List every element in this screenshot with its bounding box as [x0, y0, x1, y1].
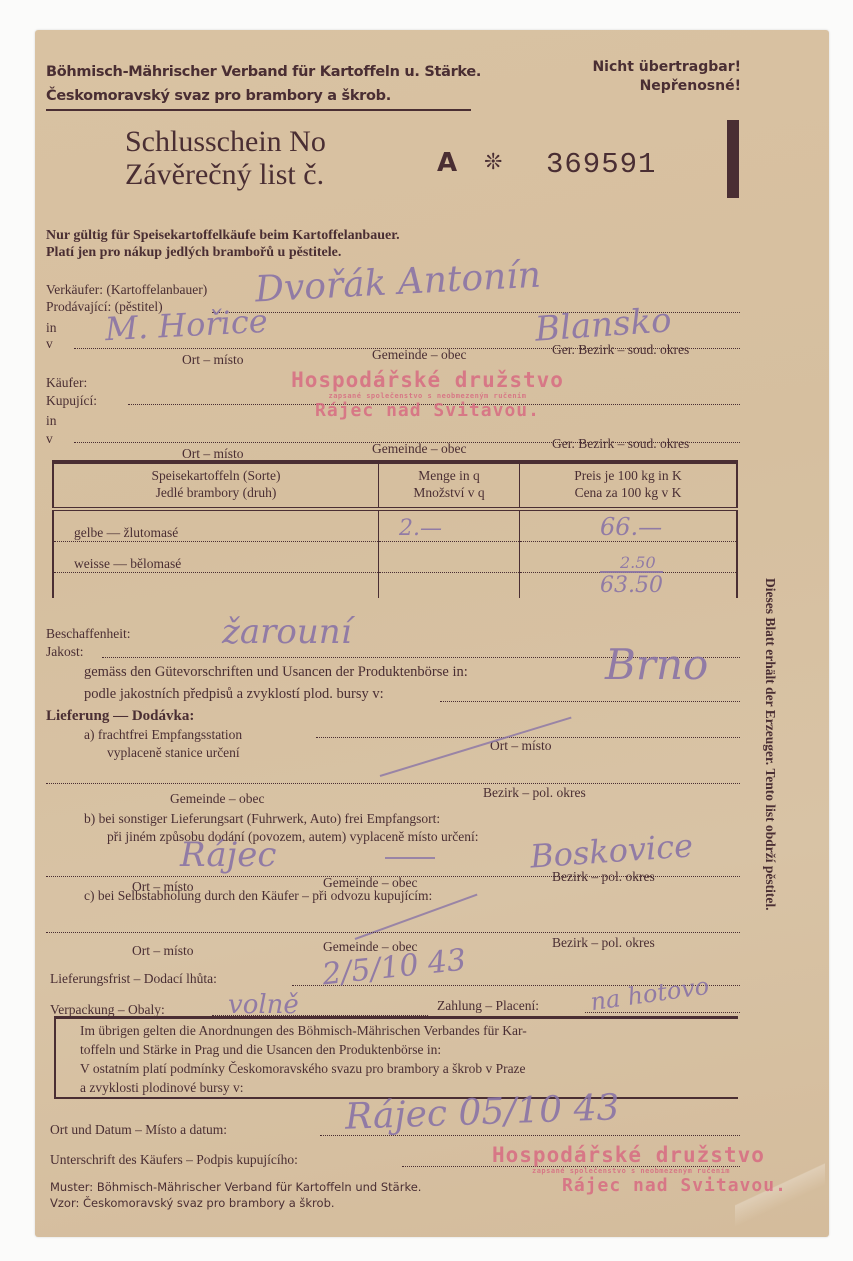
payment-label: Zahlung – Placení:	[437, 998, 539, 1014]
series-letter: A	[437, 148, 457, 178]
buyer-signature-label: Unterschrift des Käufers – Podpis kupují…	[50, 1152, 298, 1168]
variety-cell	[53, 572, 379, 598]
buyer-label-de: Käufer:	[46, 375, 87, 391]
stamp-line-2: zapsané společenstvo s neobmezeným ručen…	[492, 1167, 837, 1175]
conditions-box: Im übrigen gelten die Anordnungen des Bö…	[54, 1016, 738, 1099]
exchange-cs: podle jakostních předpisů a zvyklostí pl…	[84, 686, 384, 703]
goods-table: Speisekartoffeln (Sorte)Jedlé brambory (…	[52, 460, 738, 598]
not-transferable-cs: Nepřenosné!	[640, 78, 741, 94]
buyer-label-cs: Kupující:	[46, 393, 97, 409]
seller-cooperative-stamp: Hospodářské družstvo zapsané společenstv…	[492, 1143, 837, 1196]
delivery-a-caption-district: Bezirk – pol. okres	[483, 785, 586, 801]
delivery-c-caption-place: Ort – místo	[132, 943, 194, 959]
validity-de: Nur gültig für Speisekartoffelkäufe beim…	[46, 228, 400, 244]
side-note-de: Dieses Blatt erhält der Erzeuger.	[763, 578, 778, 765]
seller-label-de: Verkäufer: (Kartoffelanbauer)	[46, 282, 207, 298]
title-cs: Závěrečný list č.	[125, 158, 324, 192]
price-cell: 2.50	[520, 541, 738, 572]
delivery-c-text: c) bei Selbstabholung durch den Käufer –…	[84, 888, 432, 904]
conditions-line-3: V ostatním platí podmínky Českomoravskéh…	[56, 1059, 738, 1078]
col-quantity: Menge in qMnožství v q	[379, 462, 520, 509]
quality-handwritten: žarouní	[222, 612, 352, 652]
buyer-in-de: in	[46, 413, 57, 429]
exchange-line	[440, 701, 740, 702]
table-row: 63.50	[53, 572, 737, 598]
caption-municipality: Gemeinde – obec	[372, 347, 466, 363]
exchange-city-handwritten: Brno	[605, 640, 708, 689]
price-cell: 66.—	[520, 509, 738, 542]
conditions-line-2: toffeln und Stärke in Prag und die Usanc…	[56, 1040, 738, 1059]
caption-place: Ort – místo	[182, 352, 244, 368]
not-transferable-de: Nicht übertragbar!	[592, 59, 741, 75]
deadline-label: Lieferungsfrist – Dodací lhůta:	[50, 971, 217, 987]
delivery-b-de: b) bei sonstiger Lieferungsart (Fuhrwerk…	[84, 811, 440, 827]
delivery-heading: Lieferung — Dodávka:	[46, 708, 194, 725]
model-de: Muster: Böhmisch-Mährischer Verband für …	[50, 1180, 421, 1194]
delivery-b-cs: při jiném způsobu dodání (povozem, autem…	[107, 829, 479, 845]
delivery-c-line	[46, 932, 740, 933]
delivery-b-place-handwritten: Rájec	[180, 835, 276, 875]
side-note-cs: Tento list obdrží pěstitel.	[763, 768, 778, 910]
delivery-a-cs: vyplaceně stanice určení	[107, 745, 240, 761]
table-row: weisse — bělomasé 2.50	[53, 541, 737, 572]
stamp-line-3: Rájec nad Svitavou.	[492, 1175, 837, 1196]
validity-cs: Platí jen pro nákup jedlých brambořů u p…	[46, 245, 341, 261]
delivery-b-caption-district: Bezirk – pol. okres	[552, 869, 655, 885]
col-price: Preis je 100 kg in KCena za 100 kg v K	[520, 462, 738, 509]
quality-label-cs: Jakost:	[46, 644, 84, 660]
conditions-line-1: Im übrigen gelten die Anordnungen des Bö…	[56, 1021, 738, 1040]
title-de: Schlusschein No	[125, 125, 326, 159]
quantity-cell	[379, 572, 520, 598]
dash-handwritten	[385, 857, 435, 859]
organization-cs: Českomoravský svaz pro brambory a škrob.	[46, 88, 391, 104]
variety-cell: weisse — bělomasé	[53, 541, 379, 572]
stamp-line-3: Rájec nad Svitavou.	[245, 400, 610, 421]
header-rule	[46, 109, 471, 111]
exchange-de: gemäss den Gütevorschriften und Usancen …	[84, 664, 468, 681]
side-note: Dieses Blatt erhält der Erzeuger. Tento …	[762, 578, 779, 910]
buyer-caption-district: Ger. Bezirk – soud. okres	[552, 436, 689, 452]
serial-number: 369591	[546, 148, 656, 181]
buyer-caption-municipality: Gemeinde – obec	[372, 441, 466, 457]
stamp-line-1: Hospodářské družstvo	[492, 1143, 837, 1167]
delivery-a-de: a) frachtfrei Empfangsstation	[84, 727, 242, 743]
quality-label-de: Beschaffenheit:	[46, 626, 130, 642]
price-cell: 63.50	[520, 572, 738, 598]
delivery-a-line	[46, 783, 740, 784]
model-cs: Vzor: Českomoravský svaz pro brambory a …	[50, 1196, 335, 1210]
asterisk-icon: ❊	[484, 150, 502, 175]
stamp-line-1: Hospodářské družstvo	[245, 368, 610, 392]
quantity-cell	[379, 541, 520, 572]
variety-cell: gelbe — žlutomasé	[53, 509, 379, 542]
col-variety: Speisekartoffeln (Sorte)Jedlé brambory (…	[53, 462, 379, 509]
buyer-cooperative-stamp: Hospodářské družstvo zapsané společenstv…	[245, 368, 610, 421]
seller-in-de: in	[46, 320, 57, 336]
organization-de: Böhmisch-Mährischer Verband für Kartoffe…	[46, 64, 481, 80]
buyer-in-cs: v	[46, 431, 53, 447]
seller-in-cs: v	[46, 336, 53, 352]
stamp-line-2: zapsané společenstvo s neobmezeným ručen…	[245, 392, 610, 400]
delivery-a-caption-municipality: Gemeinde – obec	[170, 791, 264, 807]
delivery-c-caption-district: Bezirk – pol. okres	[552, 935, 655, 951]
quantity-cell: 2.—	[379, 509, 520, 542]
place-date-label: Ort und Datum – Místo a datum:	[50, 1122, 227, 1138]
table-row: gelbe — žlutomasé 2.— 66.—	[53, 509, 737, 542]
margin-bar	[727, 120, 739, 198]
